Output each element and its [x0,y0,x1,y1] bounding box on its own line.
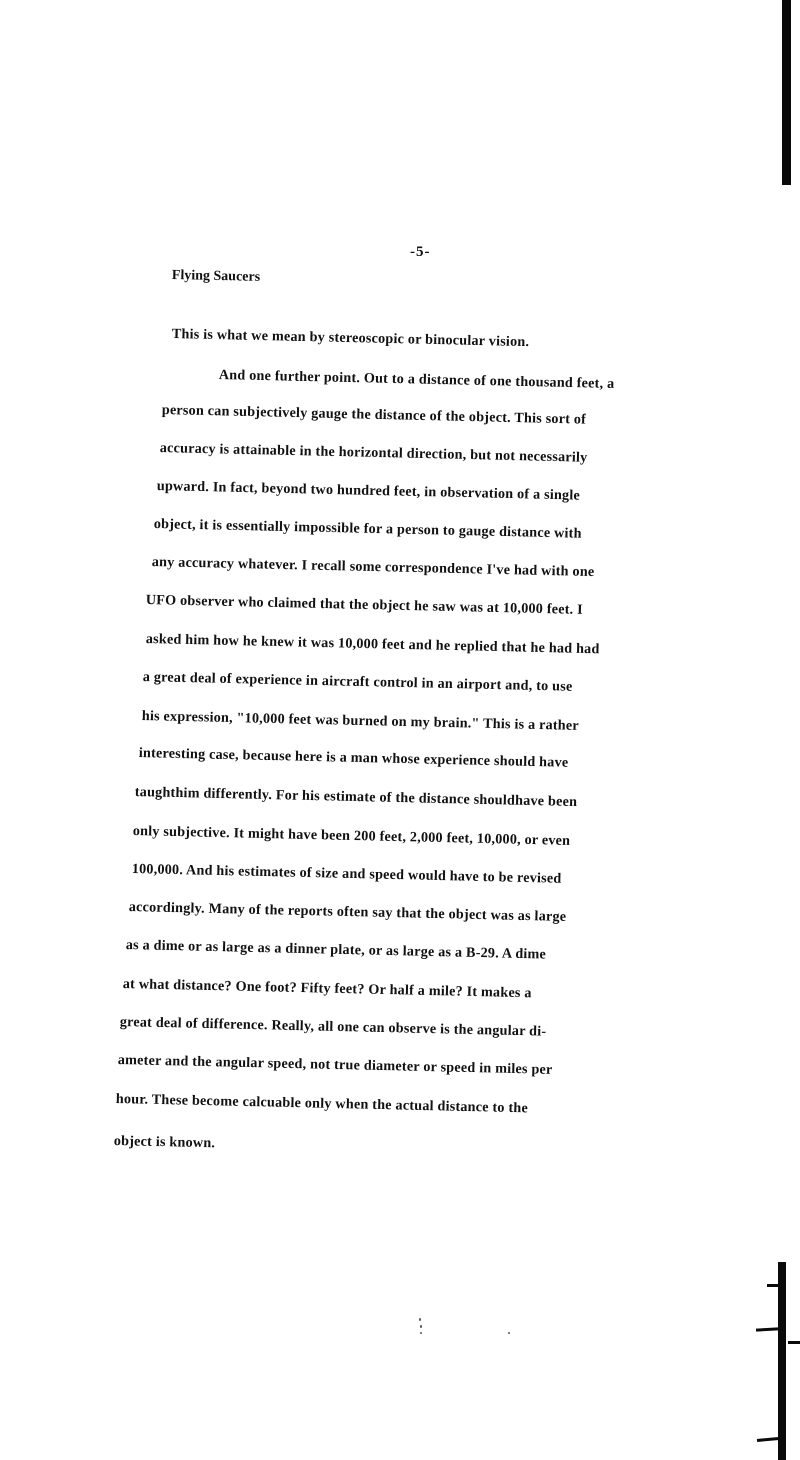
scanned-page: -5- Flying Saucers This is what we mean … [0,0,800,1460]
text-line: accuracy is attainable in the horizontal… [160,440,588,467]
text-line: And one further point. Out to a distance… [219,367,615,393]
text-line: taughthim differently. For his estimate … [135,784,578,811]
scan-edge-bar-top [782,0,791,185]
text-line: object, it is essentially impossible for… [154,516,582,543]
text-line: as a dime or as large as a dinner plate,… [126,937,547,964]
text-line: asked him how he knew it was 10,000 feet… [146,631,600,658]
text-line: at what distance? One foot? Fifty feet? … [123,976,532,1002]
text-line: hour. These become calcuable only when t… [116,1091,528,1117]
scan-speck [508,1332,510,1334]
scan-edge-tick [757,1437,779,1442]
text-line: upward. In fact, beyond two hundred feet… [157,478,581,505]
text-line: This is what we mean by stereoscopic or … [172,326,530,351]
text-line: object is known. [114,1133,216,1152]
text-line: person can subjectively gauge the distan… [162,402,587,429]
scan-speck [419,1318,421,1321]
text-line: accordingly. Many of the reports often s… [129,899,567,926]
text-line: interesting case, because here is a man … [139,745,569,772]
running-head: Flying Saucers [172,268,261,286]
page-number: -5- [410,244,431,261]
scan-speck [420,1325,422,1328]
text-line: great deal of difference. Really, all on… [120,1014,547,1041]
text-line: any accuracy whatever. I recall some cor… [152,554,595,581]
scan-edge-tick [767,1284,779,1287]
text-line: UFO observer who claimed that the object… [146,592,583,619]
text-line: 100,000. And his estimates of size and s… [132,861,562,888]
text-line: ameter and the angular speed, not true d… [118,1052,553,1079]
scan-edge-bar-bottom [778,1262,786,1460]
scan-edge-tick [788,1341,800,1344]
scan-edge-tick [756,1327,778,1331]
scan-speck [420,1332,422,1334]
text-line: a great deal of experience in aircraft c… [143,669,573,696]
text-line: only subjective. It might have been 200 … [133,823,571,850]
text-line: his expression, "10,000 feet was burned … [142,708,579,735]
